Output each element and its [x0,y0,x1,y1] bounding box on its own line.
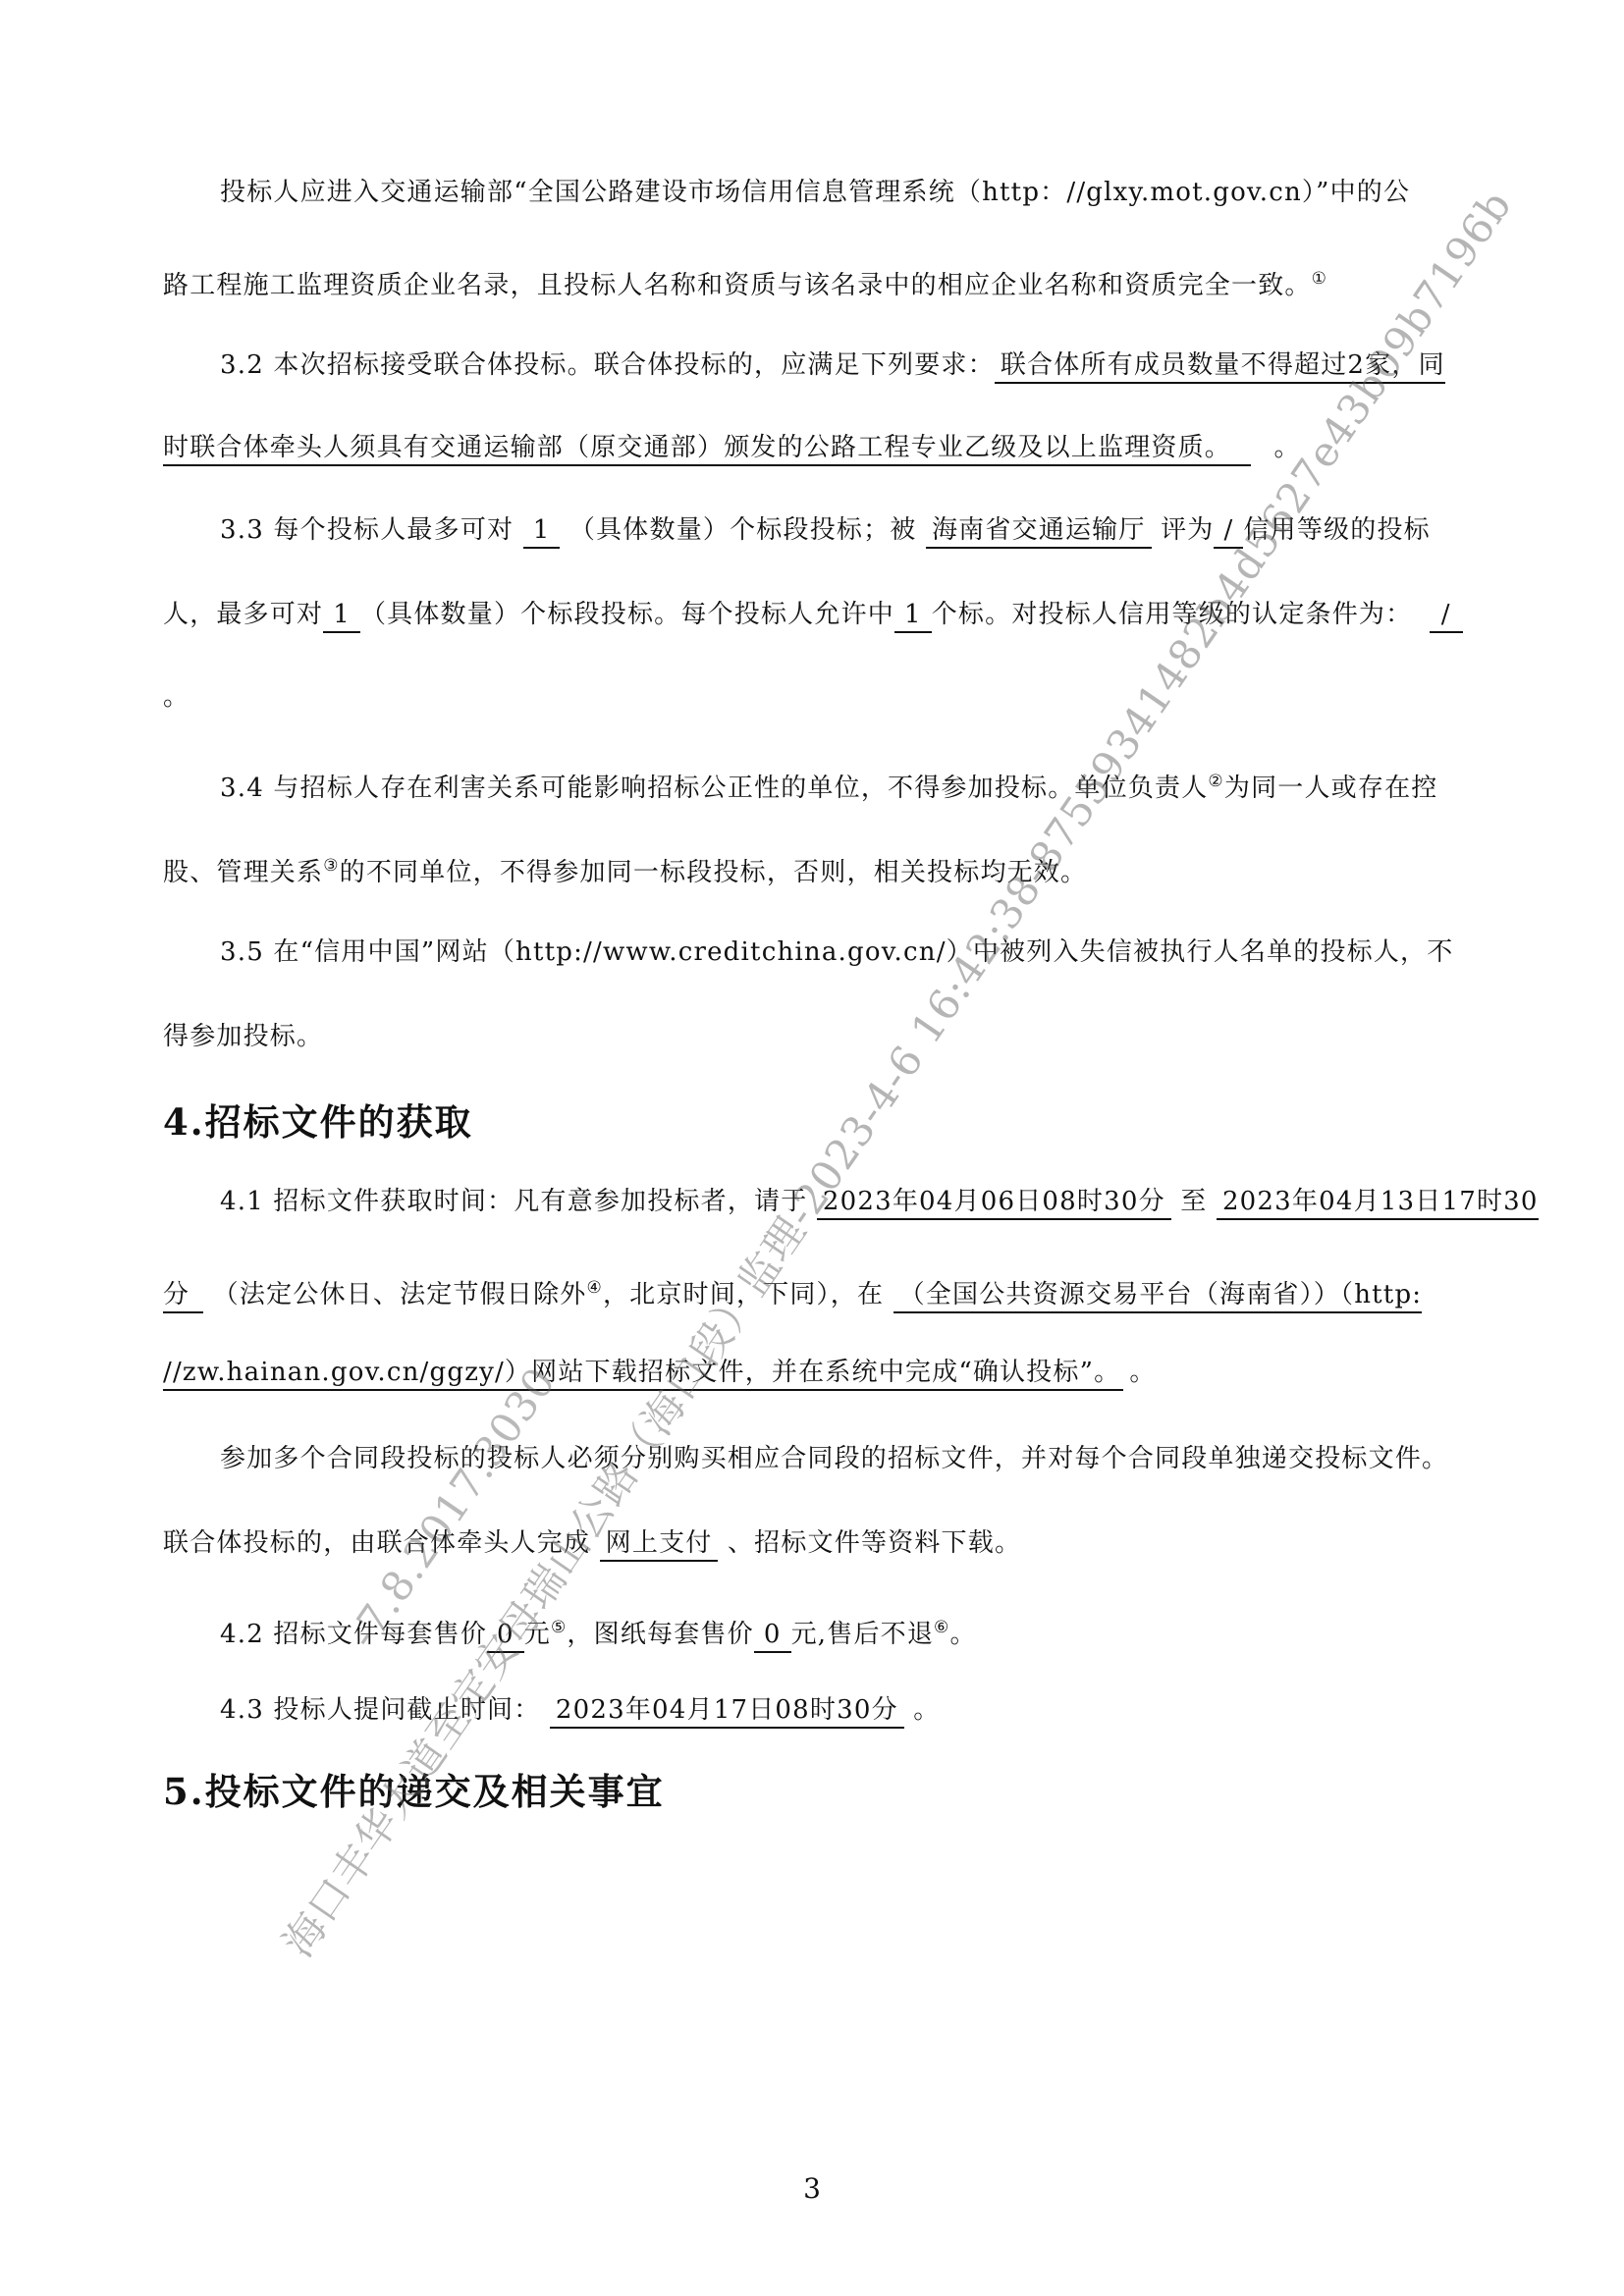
text: 3.4 与招标人存在利害关系可能影响招标公正性的单位，不得参加投标。单位负责人 [220,774,1208,803]
text: 元 [524,1620,551,1649]
rating-authority-field: 海南省交通运输厅 [926,515,1152,549]
text: 3.5 在“信用中国”网站（http://www.creditchina.gov… [220,937,1453,967]
text: 元,售后不退 [791,1620,934,1649]
page-number: 3 [0,2171,1624,2207]
clause-3-2-period: 。 [1273,433,1300,462]
text: （具体数量）个标段投标。每个投标人允许中 [360,600,894,629]
clause-3-5-line-2: 得参加投标。 [163,1017,1465,1056]
text: 。 [950,1620,977,1649]
multi-section-line-2: 联合体投标的，由联合体牵头人完成 网上支付 、招标文件等资料下载。 [163,1523,1465,1563]
question-deadline-field: 2023年04月17日08时30分 [550,1695,904,1729]
online-payment-field: 网上支付 [600,1528,719,1562]
text: 。 [913,1695,940,1725]
text: 个标。对投标人信用等级的认定条件为： [932,600,1413,629]
intro-text-2: 路工程施工监理资质企业名录，且投标人名称和资质与该名录中的相应企业名称和资质完全… [163,271,1312,300]
text: 参加多个合同段投标的投标人必须分别购买相应合同段的招标文件，并对每个合同段单独递… [220,1444,1448,1473]
multi-section-line-1: 参加多个合同段投标的投标人必须分别购买相应合同段的招标文件，并对每个合同段单独递… [220,1439,1465,1478]
text: 4.3 投标人提问截止时间： [220,1695,540,1725]
footnote-ref-2: ② [1208,772,1223,791]
text: 的不同单位，不得参加同一标段投标，否则，相关投标均无效。 [340,858,1088,887]
acquisition-end-field: 2023年04月13日17时30 [1217,1187,1539,1220]
clause-3-2-label: 3.2 本次招标接受联合体投标。联合体投标的，应满足下列要求： [220,350,995,380]
clause-3-2-line-2: 时联合体牵头人须具有交通运输部（原交通部）颁发的公路工程专业乙级及以上监理资质。… [163,428,1465,467]
text: ，图纸每套售价 [567,1620,753,1649]
text: （法定公休日、法定节假日除外 [213,1280,587,1309]
clause-3-3-line-2: 人，最多可对1（具体数量）个标段投标。每个投标人允许中1个标。对投标人信用等级的… [163,595,1465,634]
text: 人，最多可对 [163,600,323,629]
text: 4.1 招标文件获取时间：凡有意参加投标者，请于 [220,1187,807,1216]
max-sections-field: 1 [523,515,561,549]
text: 。 [1129,1358,1156,1387]
consortium-requirement-field-cont: 时联合体牵头人须具有交通运输部（原交通部）颁发的公路工程专业乙级及以上监理资质。 [163,433,1251,466]
text: 股、管理关系 [163,858,323,887]
credit-criteria-field: / [1430,600,1463,633]
clause-4-1-line-2: 分 （法定公休日、法定节假日除外④，北京时间，下同），在 （全国公共资源交易平台… [163,1268,1465,1314]
section-4-heading: 4.招标文件的获取 [163,1097,473,1147]
clause-4-1-line-1: 4.1 招标文件获取时间：凡有意参加投标者，请于 2023年04月06日08时3… [220,1182,1465,1221]
platform-field: （全国公共资源交易平台（海南省））（http: [893,1280,1423,1313]
footnote-ref-6: ⑥ [934,1618,949,1637]
acquisition-start-field: 2023年04月06日08时30分 [817,1187,1171,1220]
credit-level-field: / [1214,515,1243,549]
max-wins-field: 1 [894,600,932,633]
clause-3-3-line-1: 3.3 每个投标人最多可对 1 （具体数量）个标段投标；被 海南省交通运输厅 评… [220,510,1465,550]
document-page: 投标人应进入交通运输部“全国公路建设市场信用信息管理系统（http：//glxy… [0,0,1624,2296]
text: 联合体投标的，由联合体牵头人完成 [163,1528,590,1558]
clause-3-2-line-1: 3.2 本次招标接受联合体投标。联合体投标的，应满足下列要求：联合体所有成员数量… [220,346,1465,385]
clause-3-5-line-1: 3.5 在“信用中国”网站（http://www.creditchina.gov… [220,933,1465,972]
text: 。 [163,682,189,712]
consortium-requirement-field: 联合体所有成员数量不得超过2家，同 [995,350,1445,384]
drawing-price-field: 0 [754,1620,791,1653]
text: ，北京时间，下同），在 [603,1280,884,1309]
footnote-ref-3: ③ [323,856,339,876]
footnote-ref-4: ④ [586,1278,602,1298]
intro-line-1: 投标人应进入交通运输部“全国公路建设市场信用信息管理系统（http：//glxy… [220,173,1465,212]
clause-3-4-line-1: 3.4 与招标人存在利害关系可能影响招标公正性的单位，不得参加投标。单位负责人②… [220,762,1465,808]
clause-3-3-line-3: 。 [163,677,1465,717]
text: 4.2 招标文件每套售价 [220,1620,487,1649]
text: 3.3 每个投标人最多可对 [220,515,514,545]
platform-field-cont: //zw.hainan.gov.cn/ggzy/）网站下载招标文件，并在系统中完… [163,1358,1123,1391]
acquisition-end-field-cont: 分 [163,1280,203,1313]
clause-4-2: 4.2 招标文件每套售价0元⑤，图纸每套售价0元,售后不退⑥。 [220,1608,1465,1654]
text: 至 [1180,1187,1207,1216]
intro-text-1: 投标人应进入交通运输部“全国公路建设市场信用信息管理系统（http：//glxy… [220,178,1410,207]
text: （具体数量）个标段投标；被 [569,515,917,545]
clause-4-1-line-3: //zw.hainan.gov.cn/ggzy/）网站下载招标文件，并在系统中完… [163,1353,1465,1392]
text: 为同一人或存在控 [1224,774,1438,803]
rated-max-sections-field: 1 [323,600,360,633]
clause-4-3: 4.3 投标人提问截止时间： 2023年04月17日08时30分 。 [220,1690,1465,1730]
document-price-field: 0 [487,1620,524,1653]
text: 、招标文件等资料下载。 [728,1528,1021,1558]
text: 得参加投标。 [163,1022,323,1051]
footnote-ref-1: ① [1312,269,1327,289]
section-5-heading: 5.投标文件的递交及相关事宜 [163,1767,665,1816]
intro-line-2: 路工程施工监理资质企业名录，且投标人名称和资质与该名录中的相应企业名称和资质完全… [163,259,1465,305]
text: 评为 [1161,515,1214,545]
clause-3-4-line-2: 股、管理关系③的不同单位，不得参加同一标段投标，否则，相关投标均无效。 [163,846,1465,892]
footnote-ref-5: ⑤ [551,1618,567,1637]
text: 信用等级的投标 [1243,515,1430,545]
